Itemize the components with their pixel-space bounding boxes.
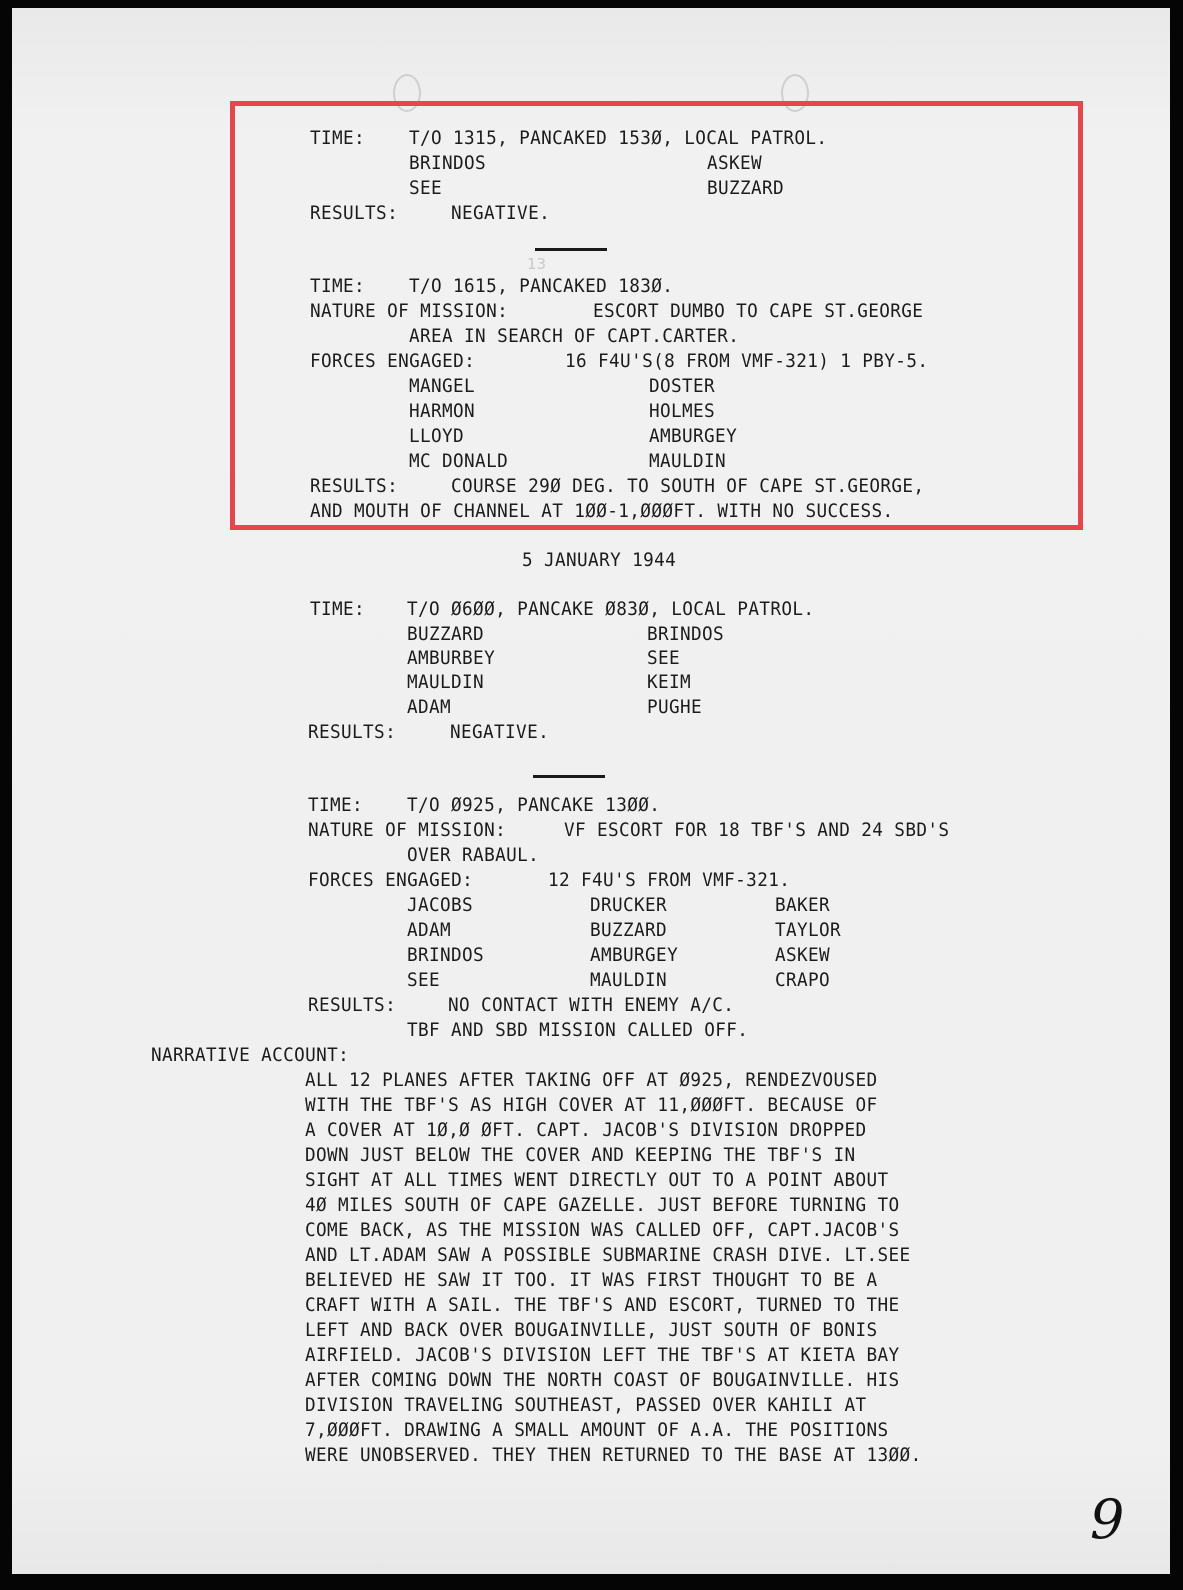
pilot-name: LLOYD [409, 424, 464, 449]
time-label: TIME: [308, 793, 363, 818]
pilot-name: MANGEL [409, 374, 475, 399]
time-label: TIME: [310, 597, 365, 622]
pilot-name: MAULDIN [649, 449, 726, 474]
narrative-line: WERE UNOBSERVED. THEY THEN RETURNED TO T… [305, 1443, 922, 1468]
time-value: T/O Ø6ØØ, PANCAKE Ø83Ø, LOCAL PATROL. [407, 597, 814, 622]
pilot-name: HARMON [409, 399, 475, 424]
time-value: T/O 1315, PANCAKED 153Ø, LOCAL PATROL. [409, 126, 827, 151]
pilot-name: ADAM [407, 918, 451, 943]
narrative-line: LEFT AND BACK OVER BOUGAINVILLE, JUST SO… [305, 1318, 878, 1343]
pilot-name: SEE [647, 646, 680, 671]
pilot-name: BRINDOS [409, 151, 486, 176]
mission-value: ESCORT DUMBO TO CAPE ST.GEORGE [593, 299, 923, 324]
pilot-name: AMBURGEY [590, 943, 678, 968]
date-heading: 5 JANUARY 1944 [522, 548, 676, 573]
pilot-name: MC DONALD [409, 449, 508, 474]
forces-label: FORCES ENGAGED: [310, 349, 475, 374]
mission-label: NATURE OF MISSION: [310, 299, 508, 324]
narrative-line: WITH THE TBF'S AS HIGH COVER AT 11,ØØØFT… [305, 1093, 878, 1118]
pilot-name: CRAPO [775, 968, 830, 993]
pilot-name: TAYLOR [775, 918, 841, 943]
forces-value: 12 F4U'S FROM VMF-321. [548, 868, 790, 893]
mission-value: AREA IN SEARCH OF CAPT.CARTER. [409, 324, 739, 349]
pilot-name: AMBURBEY [407, 646, 495, 671]
punch-hole-icon [781, 74, 809, 112]
pilot-name: BAKER [775, 893, 830, 918]
pilot-name: KEIM [647, 670, 691, 695]
narrative-line: 4Ø MILES SOUTH OF CAPE GAZELLE. JUST BEF… [305, 1193, 900, 1218]
mission-label: NATURE OF MISSION: [308, 818, 506, 843]
pilot-name: SEE [409, 176, 442, 201]
pilot-name: BUZZARD [590, 918, 667, 943]
time-value: T/O Ø925, PANCAKE 13ØØ. [407, 793, 660, 818]
punch-hole-icon [393, 74, 421, 112]
pilot-name: ADAM [407, 695, 451, 720]
pilot-name: BUZZARD [707, 176, 784, 201]
narrative-line: 7,ØØØFT. DRAWING A SMALL AMOUNT OF A.A. … [305, 1418, 889, 1443]
pilot-name: AMBURGEY [649, 424, 737, 449]
page-number: 9 [1090, 1488, 1124, 1551]
results-label: RESULTS: [310, 474, 398, 499]
results-value: COURSE 29Ø DEG. TO SOUTH OF CAPE ST.GEOR… [451, 474, 924, 499]
pilot-name: BRINDOS [647, 622, 724, 647]
results-value: NEGATIVE. [451, 201, 550, 226]
pencil-mark: 13 [527, 255, 546, 273]
pilot-name: BRINDOS [407, 943, 484, 968]
narrative-line: AIRFIELD. JACOB'S DIVISION LEFT THE TBF'… [305, 1343, 900, 1368]
narrative-line: BELIEVED HE SAW IT TOO. IT WAS FIRST THO… [305, 1268, 878, 1293]
narrative-line: COME BACK, AS THE MISSION WAS CALLED OFF… [305, 1218, 900, 1243]
narrative-line: DOWN JUST BELOW THE COVER AND KEEPING TH… [305, 1143, 856, 1168]
narrative-line: DIVISION TRAVELING SOUTHEAST, PASSED OVE… [305, 1393, 867, 1418]
narrative-line: CRAFT WITH A SAIL. THE TBF'S AND ESCORT,… [305, 1293, 900, 1318]
time-value: T/O 1615, PANCAKED 183Ø. [409, 274, 673, 299]
forces-label: FORCES ENGAGED: [308, 868, 473, 893]
section-divider [533, 775, 605, 778]
pilot-name: PUGHE [647, 695, 702, 720]
time-label: TIME: [310, 274, 365, 299]
results-label: RESULTS: [308, 720, 396, 745]
pilot-name: DOSTER [649, 374, 715, 399]
narrative-line: A COVER AT 1Ø,Ø ØFT. CAPT. JACOB'S DIVIS… [305, 1118, 867, 1143]
results-value: TBF AND SBD MISSION CALLED OFF. [407, 1018, 748, 1043]
mission-value: VF ESCORT FOR 18 TBF'S AND 24 SBD'S [564, 818, 949, 843]
time-label: TIME: [310, 126, 365, 151]
pilot-name: SEE [407, 968, 440, 993]
pilot-name: MAULDIN [590, 968, 667, 993]
pilot-name: ASKEW [775, 943, 830, 968]
pilot-name: DRUCKER [590, 893, 667, 918]
results-value: AND MOUTH OF CHANNEL AT 1ØØ-1,ØØØFT. WIT… [310, 499, 894, 524]
pilot-name: MAULDIN [407, 670, 484, 695]
pilot-name: ASKEW [707, 151, 762, 176]
pilot-name: HOLMES [649, 399, 715, 424]
mission-value: OVER RABAUL. [407, 843, 539, 868]
narrative-line: ALL 12 PLANES AFTER TAKING OFF AT Ø925, … [305, 1068, 878, 1093]
narrative-label: NARRATIVE ACCOUNT: [151, 1043, 349, 1068]
results-label: RESULTS: [310, 201, 398, 226]
narrative-line: SIGHT AT ALL TIMES WENT DIRECTLY OUT TO … [305, 1168, 889, 1193]
results-value: NEGATIVE. [450, 720, 549, 745]
results-label: RESULTS: [308, 993, 396, 1018]
pilot-name: JACOBS [407, 893, 473, 918]
pilot-name: BUZZARD [407, 622, 484, 647]
results-value: NO CONTACT WITH ENEMY A/C. [448, 993, 734, 1018]
forces-value: 16 F4U'S(8 FROM VMF-321) 1 PBY-5. [565, 349, 928, 374]
narrative-line: AFTER COMING DOWN THE NORTH COAST OF BOU… [305, 1368, 900, 1393]
section-divider [535, 248, 607, 251]
narrative-line: AND LT.ADAM SAW A POSSIBLE SUBMARINE CRA… [305, 1243, 911, 1268]
